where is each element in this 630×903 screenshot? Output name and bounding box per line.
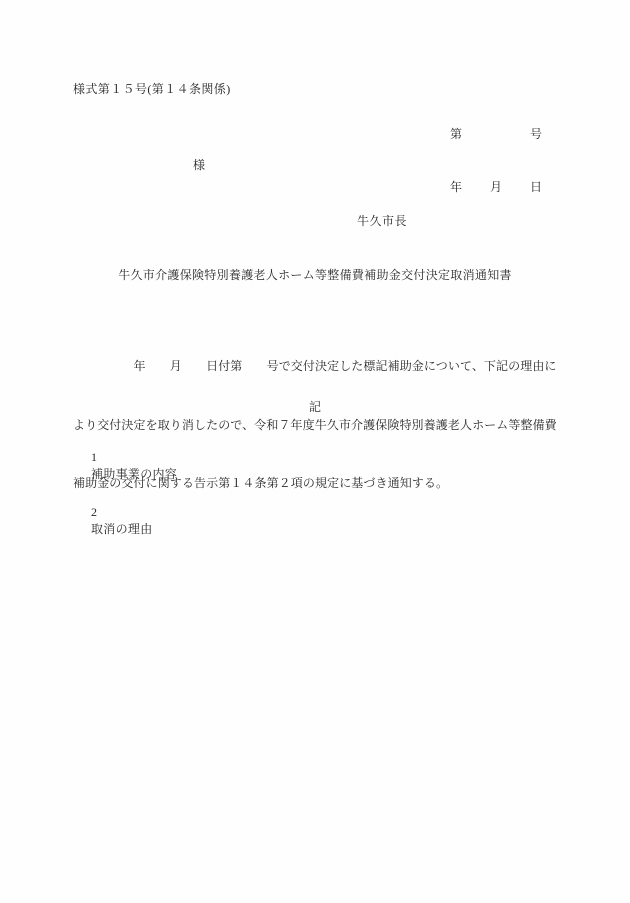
document-number-suffix: 号 (530, 127, 542, 141)
document-page: 様式第１５号(第１４条関係) 第 号 年 月 日 様 牛久市長 牛久市介護保険特… (0, 0, 630, 903)
list-item-subsidy-project: 1 補助事業の内容 (79, 435, 177, 497)
item-number: 2 (91, 505, 110, 520)
date-day-label: 日 (530, 180, 542, 194)
document-title: 牛久市介護保険特別養護老人ホーム等整備費補助金交付決定取消通知書 (0, 266, 630, 283)
body-line-1: 年 月 日付第 号で交付決定した標記補助金について、下記の理由に (73, 357, 565, 377)
date-line: 年 月 日 (450, 180, 542, 203)
document-number-prefix: 第 (450, 127, 462, 141)
form-label: 様式第１５号(第１４条関係) (73, 80, 231, 97)
sender-title: 牛久市長 (357, 212, 407, 229)
record-marker: 記 (0, 398, 630, 415)
date-month-label: 月 (490, 180, 502, 194)
addressee-honorific: 様 (193, 156, 205, 173)
item-label: 補助事業の内容 (91, 467, 177, 481)
list-item-cancellation-reason: 2 取消の理由 (79, 490, 153, 552)
number-date-block: 第 号 年 月 日 (450, 97, 542, 233)
body-line-2: より交付決定を取り消したので、令和７年度牛久市介護保険特別養護老人ホーム等整備費 (73, 416, 565, 436)
item-number: 1 (91, 450, 110, 465)
document-number-line: 第 号 (450, 127, 542, 150)
date-year-label: 年 (450, 180, 462, 194)
item-label: 取消の理由 (91, 522, 153, 536)
